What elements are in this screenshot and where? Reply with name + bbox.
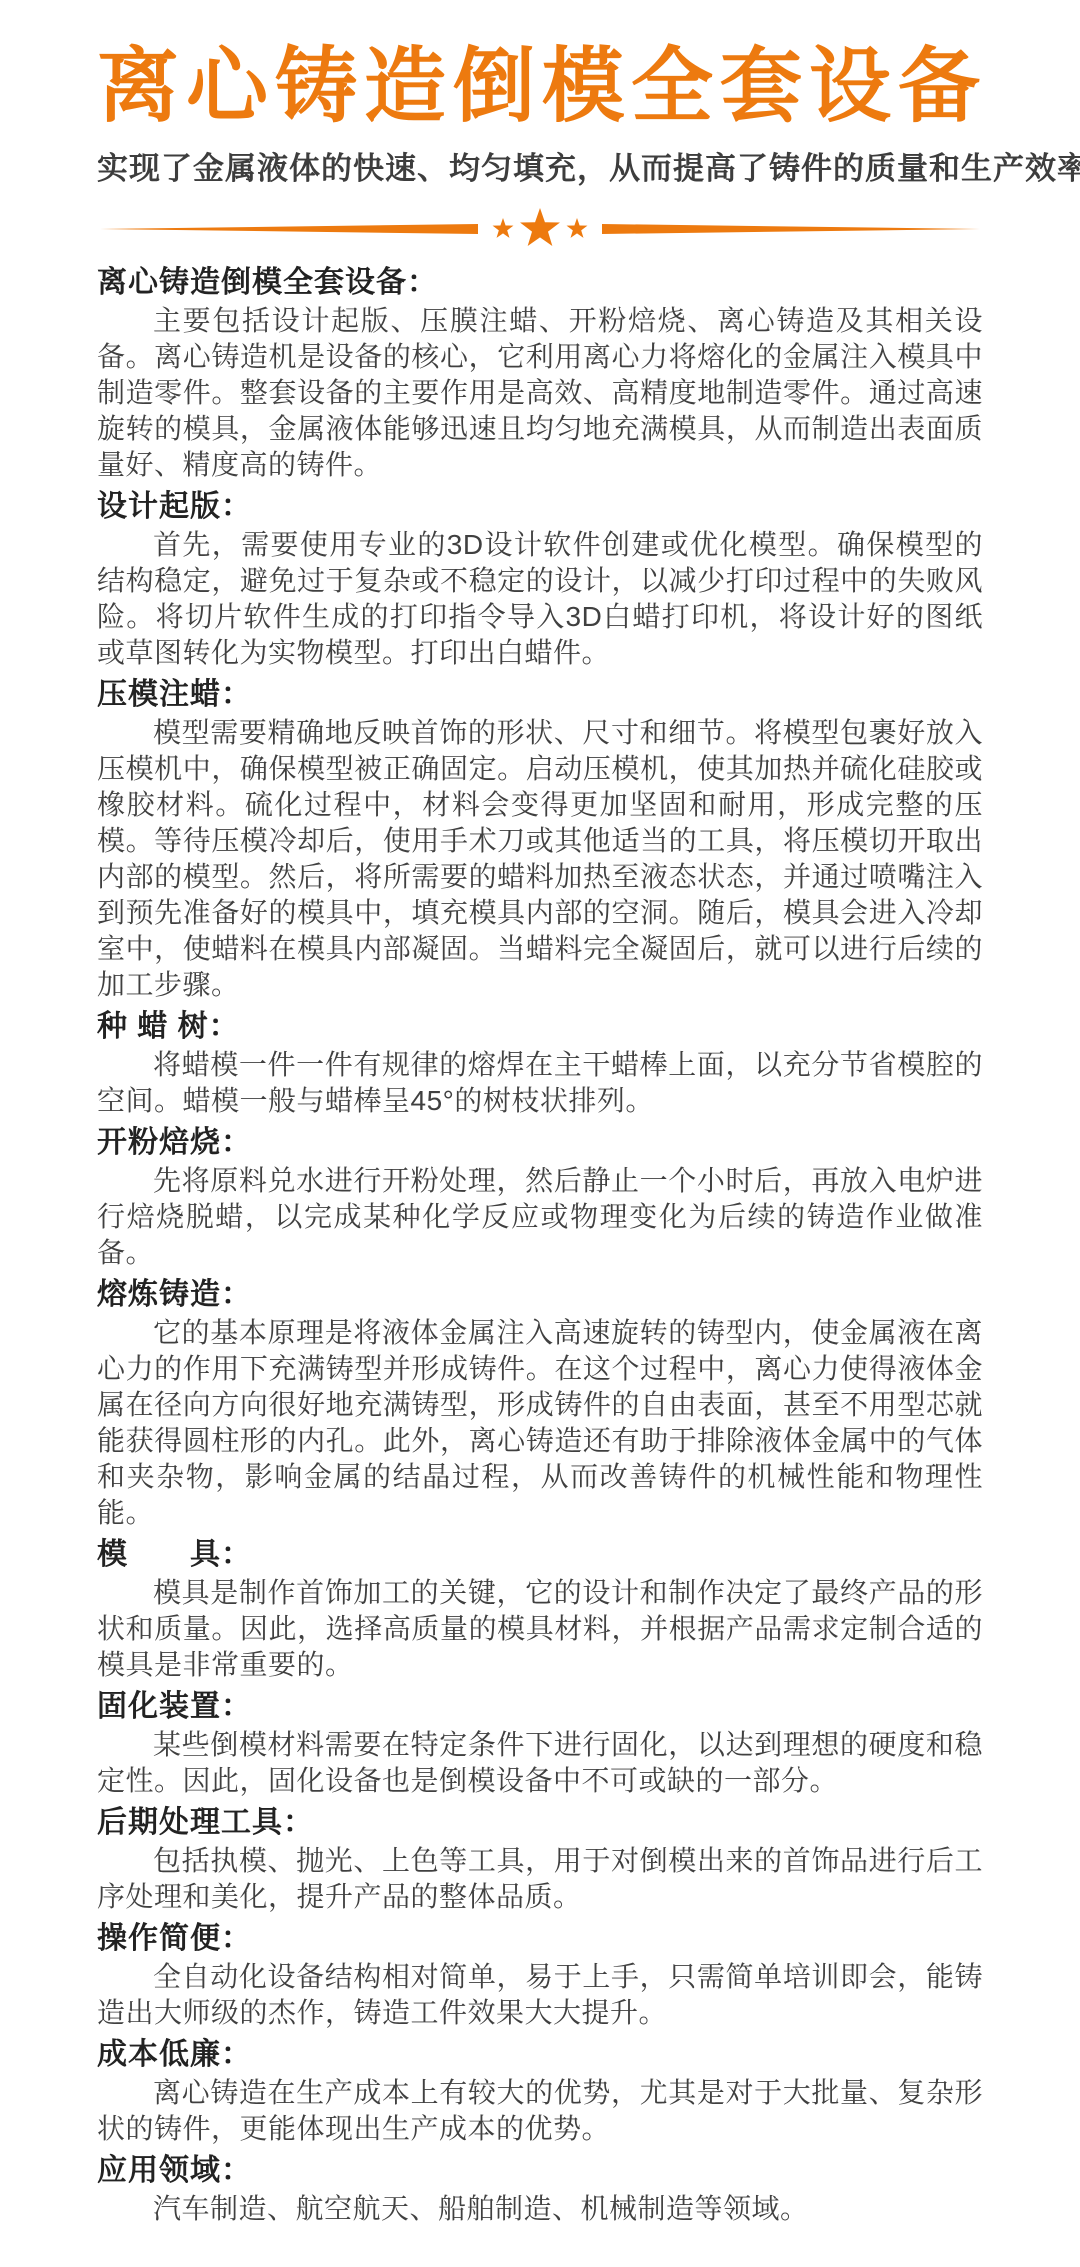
big-star-icon <box>520 208 560 246</box>
content-sections: 离心铸造倒模全套设备： 主要包括设计起版、压膜注蜡、开粉焙烧、离心铸造及其相关设… <box>97 265 983 2227</box>
section-heading: 后期处理工具： <box>97 1805 983 1841</box>
divider-left-line <box>100 224 478 234</box>
section-heading: 种 蜡 树： <box>97 1009 983 1045</box>
section-heading: 熔炼铸造： <box>97 1277 983 1313</box>
section-paragraph: 将蜡模一件一件有规律的熔焊在主干蜡棒上面，以充分节省模腔的空间。蜡模一般与蜡棒呈… <box>97 1047 983 1119</box>
content-section: 后期处理工具： 包括执模、抛光、上色等工具，用于对倒模出来的首饰品进行后工序处理… <box>97 1805 983 1915</box>
section-paragraph: 某些倒模材料需要在特定条件下进行固化，以达到理想的硬度和稳定性。因此，固化设备也… <box>97 1727 983 1799</box>
content-section: 开粉焙烧： 先将原料兑水进行开粉处理，然后静止一个小时后，再放入电炉进行焙烧脱蜡… <box>97 1125 983 1271</box>
section-paragraph: 全自动化设备结构相对简单，易于上手，只需简单培训即会，能铸造出大师级的杰作，铸造… <box>97 1959 983 2031</box>
content-section: 应用领域： 汽车制造、航空航天、船舶制造、机械制造等领域。 <box>97 2153 983 2227</box>
section-paragraph: 它的基本原理是将液体金属注入高速旋转的铸型内，使金属液在离心力的作用下充满铸型并… <box>97 1315 983 1531</box>
product-detail-page: 离心铸造倒模全套设备 实现了金属液体的快速、均匀填充，从而提高了铸件的质量和生产… <box>0 0 1080 2267</box>
section-paragraph: 先将原料兑水进行开粉处理，然后静止一个小时后，再放入电炉进行焙烧脱蜡，以完成某种… <box>97 1163 983 1271</box>
section-paragraph: 主要包括设计起版、压膜注蜡、开粉焙烧、离心铸造及其相关设备。离心铸造机是设备的核… <box>97 303 983 483</box>
divider-right-line <box>602 224 980 234</box>
content-section: 操作简便： 全自动化设备结构相对简单，易于上手，只需简单培训即会，能铸造出大师级… <box>97 1921 983 2031</box>
section-paragraph: 首先，需要使用专业的3D设计软件创建或优化模型。确保模型的结构稳定，避免过于复杂… <box>97 527 983 671</box>
section-paragraph: 汽车制造、航空航天、船舶制造、机械制造等领域。 <box>97 2191 983 2227</box>
small-star-right-icon <box>567 218 588 238</box>
page-title: 离心铸造倒模全套设备 <box>97 46 983 128</box>
content-section: 熔炼铸造： 它的基本原理是将液体金属注入高速旋转的铸型内，使金属液在离心力的作用… <box>97 1277 983 1531</box>
section-heading: 成本低廉： <box>97 2037 983 2073</box>
header: 离心铸造倒模全套设备 实现了金属液体的快速、均匀填充，从而提高了铸件的质量和生产… <box>97 0 983 251</box>
section-heading: 应用领域： <box>97 2153 983 2189</box>
content-section: 压模注蜡： 模型需要精确地反映首饰的形状、尺寸和细节。将模型包裹好放入压模机中，… <box>97 677 983 1003</box>
content-section: 固化装置： 某些倒模材料需要在特定条件下进行固化，以达到理想的硬度和稳定性。因此… <box>97 1689 983 1799</box>
page-subtitle: 实现了金属液体的快速、均匀填充，从而提高了铸件的质量和生产效率 <box>97 150 983 189</box>
section-heading: 开粉焙烧： <box>97 1125 983 1161</box>
section-heading: 压模注蜡： <box>97 677 983 713</box>
content-section: 设计起版： 首先，需要使用专业的3D设计软件创建或优化模型。确保模型的结构稳定，… <box>97 489 983 671</box>
star-divider <box>100 203 980 251</box>
section-heading: 操作简便： <box>97 1921 983 1957</box>
content-section: 成本低廉： 离心铸造在生产成本上有较大的优势，尤其是对于大批量、复杂形状的铸件，… <box>97 2037 983 2147</box>
content-section: 模 具： 模具是制作首饰加工的关键，它的设计和制作决定了最终产品的形状和质量。因… <box>97 1537 983 1683</box>
section-heading: 设计起版： <box>97 489 983 525</box>
section-paragraph: 包括执模、抛光、上色等工具，用于对倒模出来的首饰品进行后工序处理和美化，提升产品… <box>97 1843 983 1915</box>
section-heading: 固化装置： <box>97 1689 983 1725</box>
content-section: 离心铸造倒模全套设备： 主要包括设计起版、压膜注蜡、开粉焙烧、离心铸造及其相关设… <box>97 265 983 483</box>
section-paragraph: 模具是制作首饰加工的关键，它的设计和制作决定了最终产品的形状和质量。因此，选择高… <box>97 1575 983 1683</box>
section-paragraph: 离心铸造在生产成本上有较大的优势，尤其是对于大批量、复杂形状的铸件，更能体现出生… <box>97 2075 983 2147</box>
small-star-left-icon <box>493 218 514 238</box>
section-heading: 离心铸造倒模全套设备： <box>97 265 983 301</box>
content-section: 种 蜡 树： 将蜡模一件一件有规律的熔焊在主干蜡棒上面，以充分节省模腔的空间。蜡… <box>97 1009 983 1119</box>
section-heading: 模 具： <box>97 1537 983 1573</box>
section-paragraph: 模型需要精确地反映首饰的形状、尺寸和细节。将模型包裹好放入压模机中，确保模型被正… <box>97 715 983 1003</box>
